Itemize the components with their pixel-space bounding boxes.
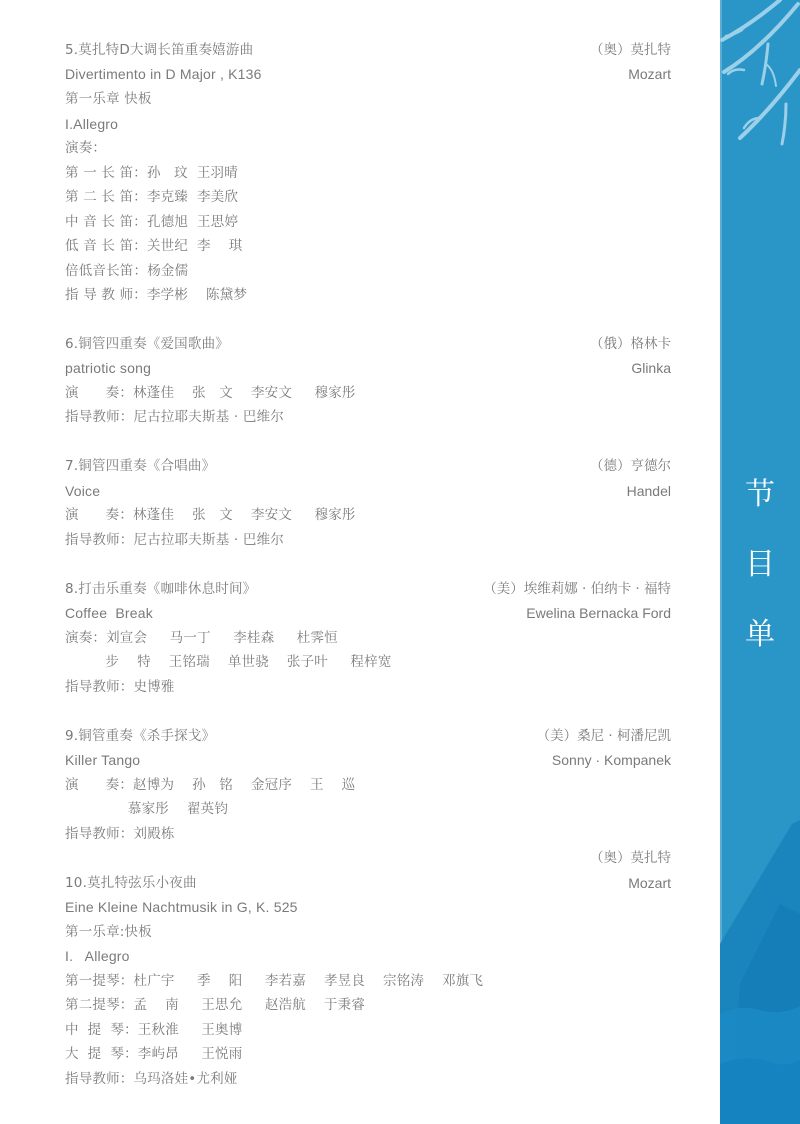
movement-en: I. Allegro — [65, 944, 130, 968]
piece-subtitle: patriotic song — [65, 356, 151, 380]
performer-row: 演奏：刘宣会 马一丁 李桂森 杜霁恒 — [65, 626, 338, 650]
composer-en: Mozart — [628, 871, 671, 895]
instructor-row: 指导教师：史博雅 — [65, 675, 175, 699]
piece-title: 9.铜管重奏《杀手探戈》 — [65, 724, 215, 748]
piece-subtitle: Divertimento in D Major , K136 — [65, 62, 262, 86]
tree-branches-decoration — [720, 0, 800, 160]
movement-cn: 第一乐章:快板 — [65, 920, 152, 944]
movement-en: I.Allegro — [65, 112, 118, 136]
performer-row: 第二提琴：孟 南 王思允 赵浩航 于秉睿 — [65, 993, 365, 1017]
performers-label: 演奏： — [65, 136, 106, 160]
composer-en: Glinka — [631, 356, 671, 380]
piece-subtitle: Voice — [65, 479, 100, 503]
performer-row: 倍低音长笛：杨金儒 — [65, 259, 188, 283]
piece-subtitle: Coffee Break — [65, 601, 153, 625]
composer-cn: （俄）格林卡 — [590, 332, 671, 356]
composer-cn: （美）桑尼 · 柯潘尼凯 — [537, 724, 671, 748]
performer-row: 大 提 琴：李屿昂 王悦雨 — [65, 1042, 242, 1066]
composer-en: Handel — [627, 479, 671, 503]
piece-title: 8.打击乐重奏《咖啡休息时间》 — [65, 577, 256, 601]
panel-title-char-2: 目 — [720, 550, 800, 580]
instructor-row: 指导教师：刘殿栋 — [65, 822, 175, 846]
composer-en: Mozart — [628, 62, 671, 86]
performer-row: 步 特 王铭瑞 单世骁 张子叶 程梓宽 — [65, 650, 392, 674]
side-panel: 节 目 单 — [720, 0, 800, 1124]
composer-cn: （奥）莫扎特 — [590, 38, 671, 62]
panel-title-char-1: 节 — [720, 480, 800, 510]
piece-subtitle: Killer Tango — [65, 748, 140, 772]
performer-row: 中 音 长 笛：孔德旭 王思婷 — [65, 210, 238, 234]
piece-title: 7.铜管四重奏《合唱曲》 — [65, 454, 215, 478]
performer-row: 第 一 长 笛：孙 玟 王羽晴 — [65, 161, 238, 185]
instructor-row: 指导教师：尼古拉耶夫斯基 · 巴维尔 — [65, 405, 284, 429]
performer-row: 中 提 琴：王秋淮 王奥博 — [65, 1018, 242, 1042]
performer-row: 低 音 长 笛：关世纪 李 琪 — [65, 234, 242, 258]
composer-en: Ewelina Bernacka Ford — [526, 601, 671, 625]
composer-cn: （奥）莫扎特 — [590, 846, 671, 870]
composer-cn: （德）亨德尔 — [590, 454, 671, 478]
instructor-row: 指 导 教 师：李学彬 陈黛梦 — [65, 283, 247, 307]
instructor-row: 指导教师：乌玛洛娃•尤利娅 — [65, 1067, 238, 1091]
piece-subtitle: Eine Kleine Nachtmusik in G, K. 525 — [65, 895, 298, 919]
piece-title: 6.铜管四重奏《爱国歌曲》 — [65, 332, 229, 356]
performer-row: 第 二 长 笛：李克臻 李美欣 — [65, 185, 238, 209]
instructor-row: 指导教师：尼古拉耶夫斯基 · 巴维尔 — [65, 528, 284, 552]
piece-title: 10.莫扎特弦乐小夜曲 — [65, 871, 197, 895]
movement-cn: 第一乐章 快板 — [65, 87, 152, 111]
panel-title-char-3: 单 — [720, 620, 800, 650]
composer-en: Sonny · Kompanek — [552, 748, 671, 772]
performer-row: 演 奏：林蓬佳 张 文 李安文 穆家彤 — [65, 381, 356, 405]
mountain-decoration — [720, 784, 800, 1124]
piece-title: 5.莫扎特D大调长笛重奏嬉游曲 — [65, 38, 253, 62]
performer-row: 演 奏：林蓬佳 张 文 李安文 穆家彤 — [65, 503, 356, 527]
performer-row: 第一提琴：杜广宇 季 阳 李若嘉 孝昱良 宗铭涛 邓旗飞 — [65, 969, 483, 993]
composer-cn: （美）埃维莉娜 · 伯纳卡 · 福特 — [483, 577, 671, 601]
performer-row: 慕家彤 翟英钧 — [65, 797, 228, 821]
performer-row: 演 奏：赵博为 孙 铭 金冠序 王 巡 — [65, 773, 355, 797]
